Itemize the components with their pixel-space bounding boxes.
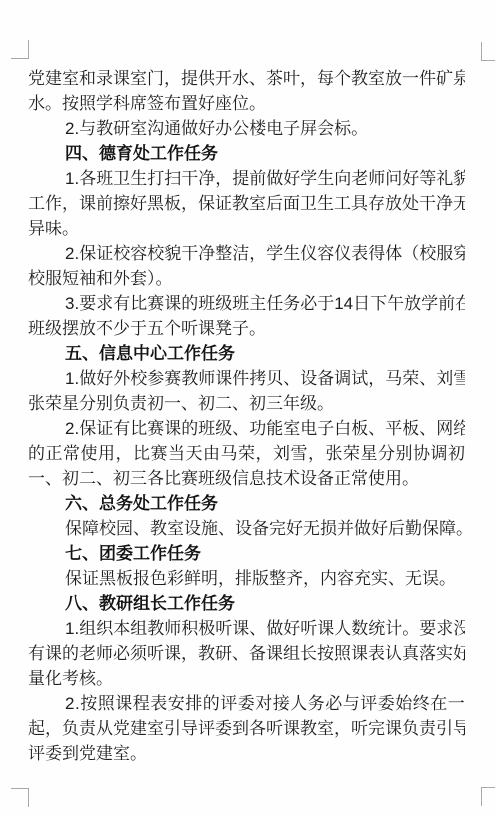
document-line: 党建室和录课室门，提供开水、茶叶，每个教室放一件矿泉 xyxy=(28,66,465,91)
document-page: 党建室和录课室门，提供开水、茶叶，每个教室放一件矿泉水。按照学科席签布置好座位。… xyxy=(0,0,495,817)
section-heading: 七、团委工作任务 xyxy=(28,541,465,566)
text-boundary-mark-top-right xyxy=(481,42,495,61)
section-heading: 四、德育处工作任务 xyxy=(28,141,465,166)
document-line: 1.组织本组教师积极听课、做好听课人数统计。要求没 xyxy=(28,616,465,641)
document-line: 1.各班卫生打扫干净，提前做好学生向老师问好等礼貌 xyxy=(28,166,465,191)
document-line: 校服短袖和外套）。 xyxy=(28,266,465,291)
document-line: 2.保证校容校貌干净整洁，学生仪容仪表得体（校服穿 xyxy=(28,241,465,266)
document-line: 2.按照课程表安排的评委对接人务必与评委始终在一 xyxy=(28,691,465,716)
text-boundary-mark-top-left xyxy=(11,40,29,59)
document-line: 张荣星分别负责初一、初二、初三年级。 xyxy=(28,391,465,416)
document-text-area: 党建室和录课室门，提供开水、茶叶，每个教室放一件矿泉水。按照学科席签布置好座位。… xyxy=(28,66,465,766)
document-line: 保障校园、教室设施、设备完好无损并做好后勤保障。 xyxy=(28,516,465,541)
document-line: 有课的老师必须听课，教研、备课组长按照课表认真落实好 xyxy=(28,641,465,666)
document-line: 一、初二、初三各比赛班级信息技术设备正常使用。 xyxy=(28,466,465,491)
document-line: 3.要求有比赛课的班级班主任务必于14日下午放学前在 xyxy=(28,291,465,316)
document-line: 的正常使用，比赛当天由马荣，刘雪，张荣星分别协调初 xyxy=(28,441,465,466)
document-line: 班级摆放不少于五个听课凳子。 xyxy=(28,316,465,341)
document-line: 评委到党建室。 xyxy=(28,741,465,766)
section-heading: 八、教研组长工作任务 xyxy=(28,591,465,616)
document-line: 水。按照学科席签布置好座位。 xyxy=(28,91,465,116)
document-line: 工作，课前擦好黑板，保证教室后面卫生工具存放处干净无 xyxy=(28,191,465,216)
document-line: 起，负责从党建室引导评委到各听课教室，听完课负责引导 xyxy=(28,716,465,741)
text-boundary-mark-bottom-left xyxy=(11,788,29,807)
document-line: 保证黑板报色彩鲜明，排版整齐，内容充实、无误。 xyxy=(28,566,465,591)
section-heading: 五、信息中心工作任务 xyxy=(28,341,465,366)
document-line: 2.与教研室沟通做好办公楼电子屏会标。 xyxy=(28,116,465,141)
section-heading: 六、总务处工作任务 xyxy=(28,491,465,516)
document-line: 2.保证有比赛课的班级、功能室电子白板、平板、网络 xyxy=(28,416,465,441)
document-line: 1.做好外校参赛教师课件拷贝、设备调试，马荣、刘雪 xyxy=(28,366,465,391)
document-line: 异味。 xyxy=(28,216,465,241)
document-line: 量化考核。 xyxy=(28,666,465,691)
text-boundary-mark-bottom-right xyxy=(481,787,495,806)
